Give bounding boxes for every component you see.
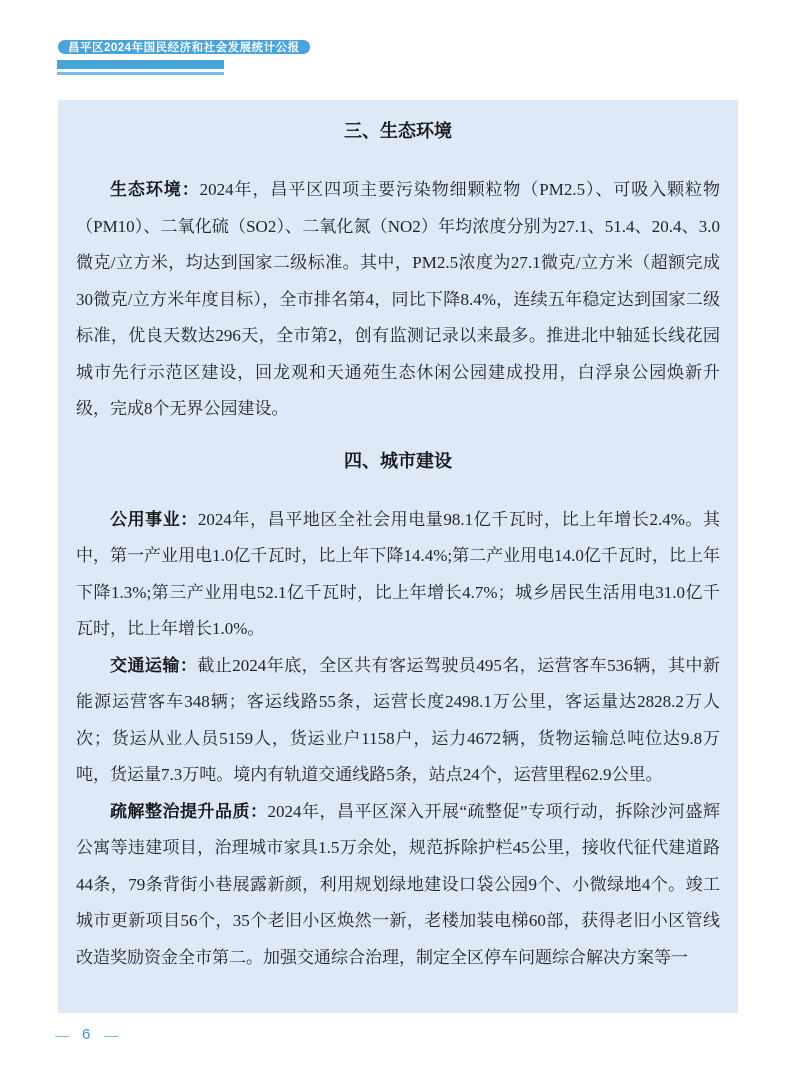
page-number: 6 <box>82 1026 90 1043</box>
paragraph-ecology-text: 2024年，昌平区四项主要污染物细颗粒物（PM2.5）、可吸入颗粒物（PM10）… <box>76 180 720 418</box>
paragraph-ecology-label: 生态环境： <box>110 180 200 199</box>
paragraph-transportation-label: 交通运输： <box>110 656 197 675</box>
paragraph-public-utilities: 公用事业：2024年，昌平地区全社会用电量98.1亿千瓦时，比上年增长2.4%。… <box>76 502 720 648</box>
paragraph-ecology: 生态环境：2024年，昌平区四项主要污染物细颗粒物（PM2.5）、可吸入颗粒物（… <box>76 172 720 428</box>
section-title-urban-construction: 四、城市建设 <box>76 448 720 474</box>
paragraph-public-utilities-label: 公用事业： <box>110 510 198 529</box>
footer-dash-left: — <box>55 1027 68 1043</box>
paragraph-renovation-quality-label: 疏解整治提升品质： <box>110 802 267 821</box>
paragraph-renovation-quality: 疏解整治提升品质：2024年，昌平区深入开展“疏整促”专项行动，拆除沙河盛辉公寓… <box>76 794 720 977</box>
page-footer: — 6 — <box>55 1026 117 1043</box>
document-body-panel: 三、生态环境 生态环境：2024年，昌平区四项主要污染物细颗粒物（PM2.5）、… <box>58 100 738 1013</box>
footer-dash-right: — <box>104 1027 117 1043</box>
header-divider-bar <box>57 60 224 69</box>
paragraph-renovation-quality-text: 2024年，昌平区深入开展“疏整促”专项行动，拆除沙河盛辉公寓等违建项目，治理城… <box>76 802 720 967</box>
section-title-ecology: 三、生态环境 <box>76 118 720 144</box>
report-title-badge: 昌平区2024年国民经济和社会发展统计公报 <box>57 39 311 55</box>
paragraph-transportation: 交通运输：截止2024年底，全区共有客运驾驶员495名，运营客车536辆，其中新… <box>76 648 720 794</box>
header-divider-line <box>57 72 224 75</box>
